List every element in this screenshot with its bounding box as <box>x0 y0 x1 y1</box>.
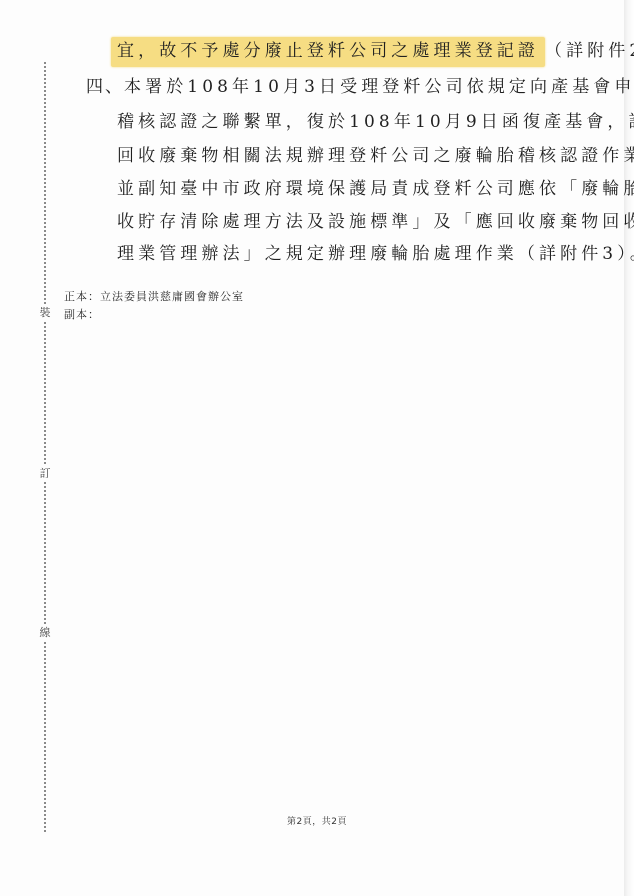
page-edge-shadow <box>624 0 634 896</box>
body-line-3: 稽核認證之聯繫單，復於108年10月9日函復產基會，請依應 <box>117 111 634 133</box>
page-number-footer: 第2頁，共2頁 <box>0 814 634 827</box>
body-line-1: 宜，故不予處分廢止登粁公司之處理業登記證（詳附件2）。 <box>117 40 634 62</box>
binding-dotted-line <box>44 62 46 832</box>
primary-recipient-label: 正本： <box>64 290 100 303</box>
body-line-7: 理業管理辦法」之規定辦理廢輪胎處理作業（詳附件3）。 <box>117 243 634 265</box>
copy-recipient: 副本： <box>64 306 100 322</box>
binding-mark-xian: 線 <box>37 625 53 641</box>
body-line-6: 收貯存清除處理方法及設施標準」及「應回收廢棄物回收處 <box>117 211 634 233</box>
primary-recipient: 正本：立法委員洪慈庸國會辦公室 <box>64 288 244 304</box>
document-page: 裝 訂 線 宜，故不予處分廢止登粁公司之處理業登記證（詳附件2）。 四、本署於1… <box>0 0 634 896</box>
body-line-5: 並副知臺中市政府環境保護局責成登粁公司應依「廢輪胎回 <box>117 178 634 200</box>
copy-recipient-label: 副本： <box>64 308 100 321</box>
binding-mark-ding: 訂 <box>37 466 53 482</box>
highlighted-text: 宜，故不予處分廢止登粁公司之處理業登記證 <box>111 37 545 67</box>
binding-mark-zhuang: 裝 <box>37 305 53 321</box>
primary-recipient-value: 立法委員洪慈庸國會辦公室 <box>100 290 244 303</box>
item-marker-four: 四、 <box>86 77 124 97</box>
body-line-1-tail: （詳附件2）。 <box>545 41 634 61</box>
body-line-2: 四、本署於108年10月3日受理登粁公司依規定向產基會申請恢復 <box>86 76 634 98</box>
body-line-2-text: 本署於108年10月3日受理登粁公司依規定向產基會申請恢復 <box>124 77 634 97</box>
body-line-4: 回收廢棄物相關法規辦理登粁公司之廢輪胎稽核認證作業， <box>117 145 634 167</box>
